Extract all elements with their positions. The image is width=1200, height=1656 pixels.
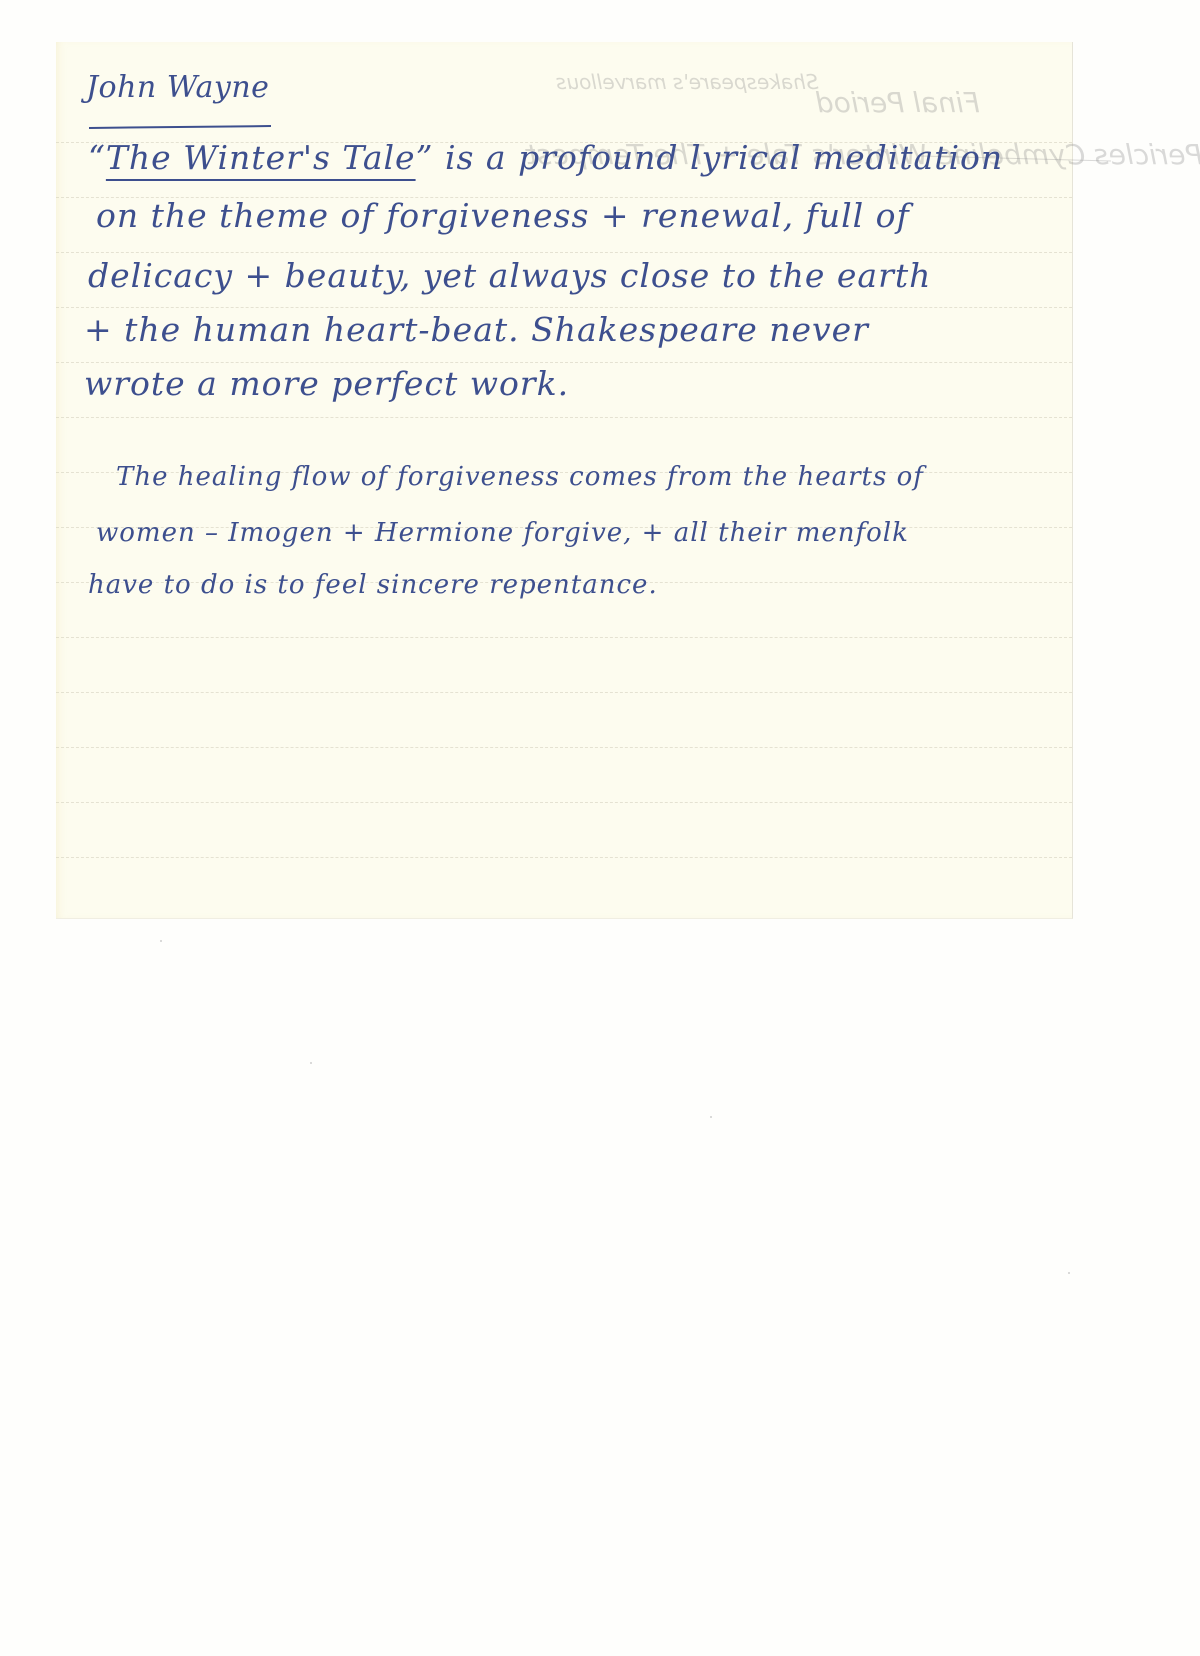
paragraph-line: “The Winter's Tale” is a profound lyrica…	[88, 138, 1003, 177]
paragraph-line: women – Imogen + Hermione forgive, + all…	[96, 518, 909, 548]
ruled-line	[56, 692, 1072, 693]
paper-speck	[160, 940, 162, 942]
ruled-line	[56, 747, 1072, 748]
note-card: Shakespeare's marvellous Final Period Pe…	[56, 42, 1073, 919]
paper-speck	[710, 1116, 712, 1118]
paragraph-line: The healing flow of forgiveness comes fr…	[116, 462, 924, 492]
play-title: The Winter's Tale	[106, 138, 416, 177]
author-name: John Wayne	[86, 70, 269, 105]
ruled-line	[56, 417, 1072, 418]
ruled-line	[56, 307, 1072, 308]
ruled-line	[56, 362, 1072, 363]
ruled-line	[56, 637, 1072, 638]
show-through-text: Shakespeare's marvellous	[556, 70, 819, 94]
ruled-line	[56, 857, 1072, 858]
paper-speck	[1068, 1272, 1070, 1274]
paragraph-line: delicacy + beauty, yet always close to t…	[88, 256, 931, 295]
paper-speck	[310, 1062, 312, 1064]
paragraph-line: have to do is to feel sincere repentance…	[88, 570, 658, 600]
paragraph-line: on the theme of forgiveness + renewal, f…	[96, 196, 910, 235]
ruled-line	[56, 252, 1072, 253]
author-underline	[89, 125, 271, 129]
show-through-text: Final Period	[816, 86, 980, 119]
paragraph-line: + the human heart-beat. Shakespeare neve…	[84, 310, 869, 349]
ruled-line	[56, 802, 1072, 803]
paragraph-line: wrote a more perfect work.	[84, 364, 569, 403]
scanned-page: Shakespeare's marvellous Final Period Pe…	[0, 0, 1200, 1656]
